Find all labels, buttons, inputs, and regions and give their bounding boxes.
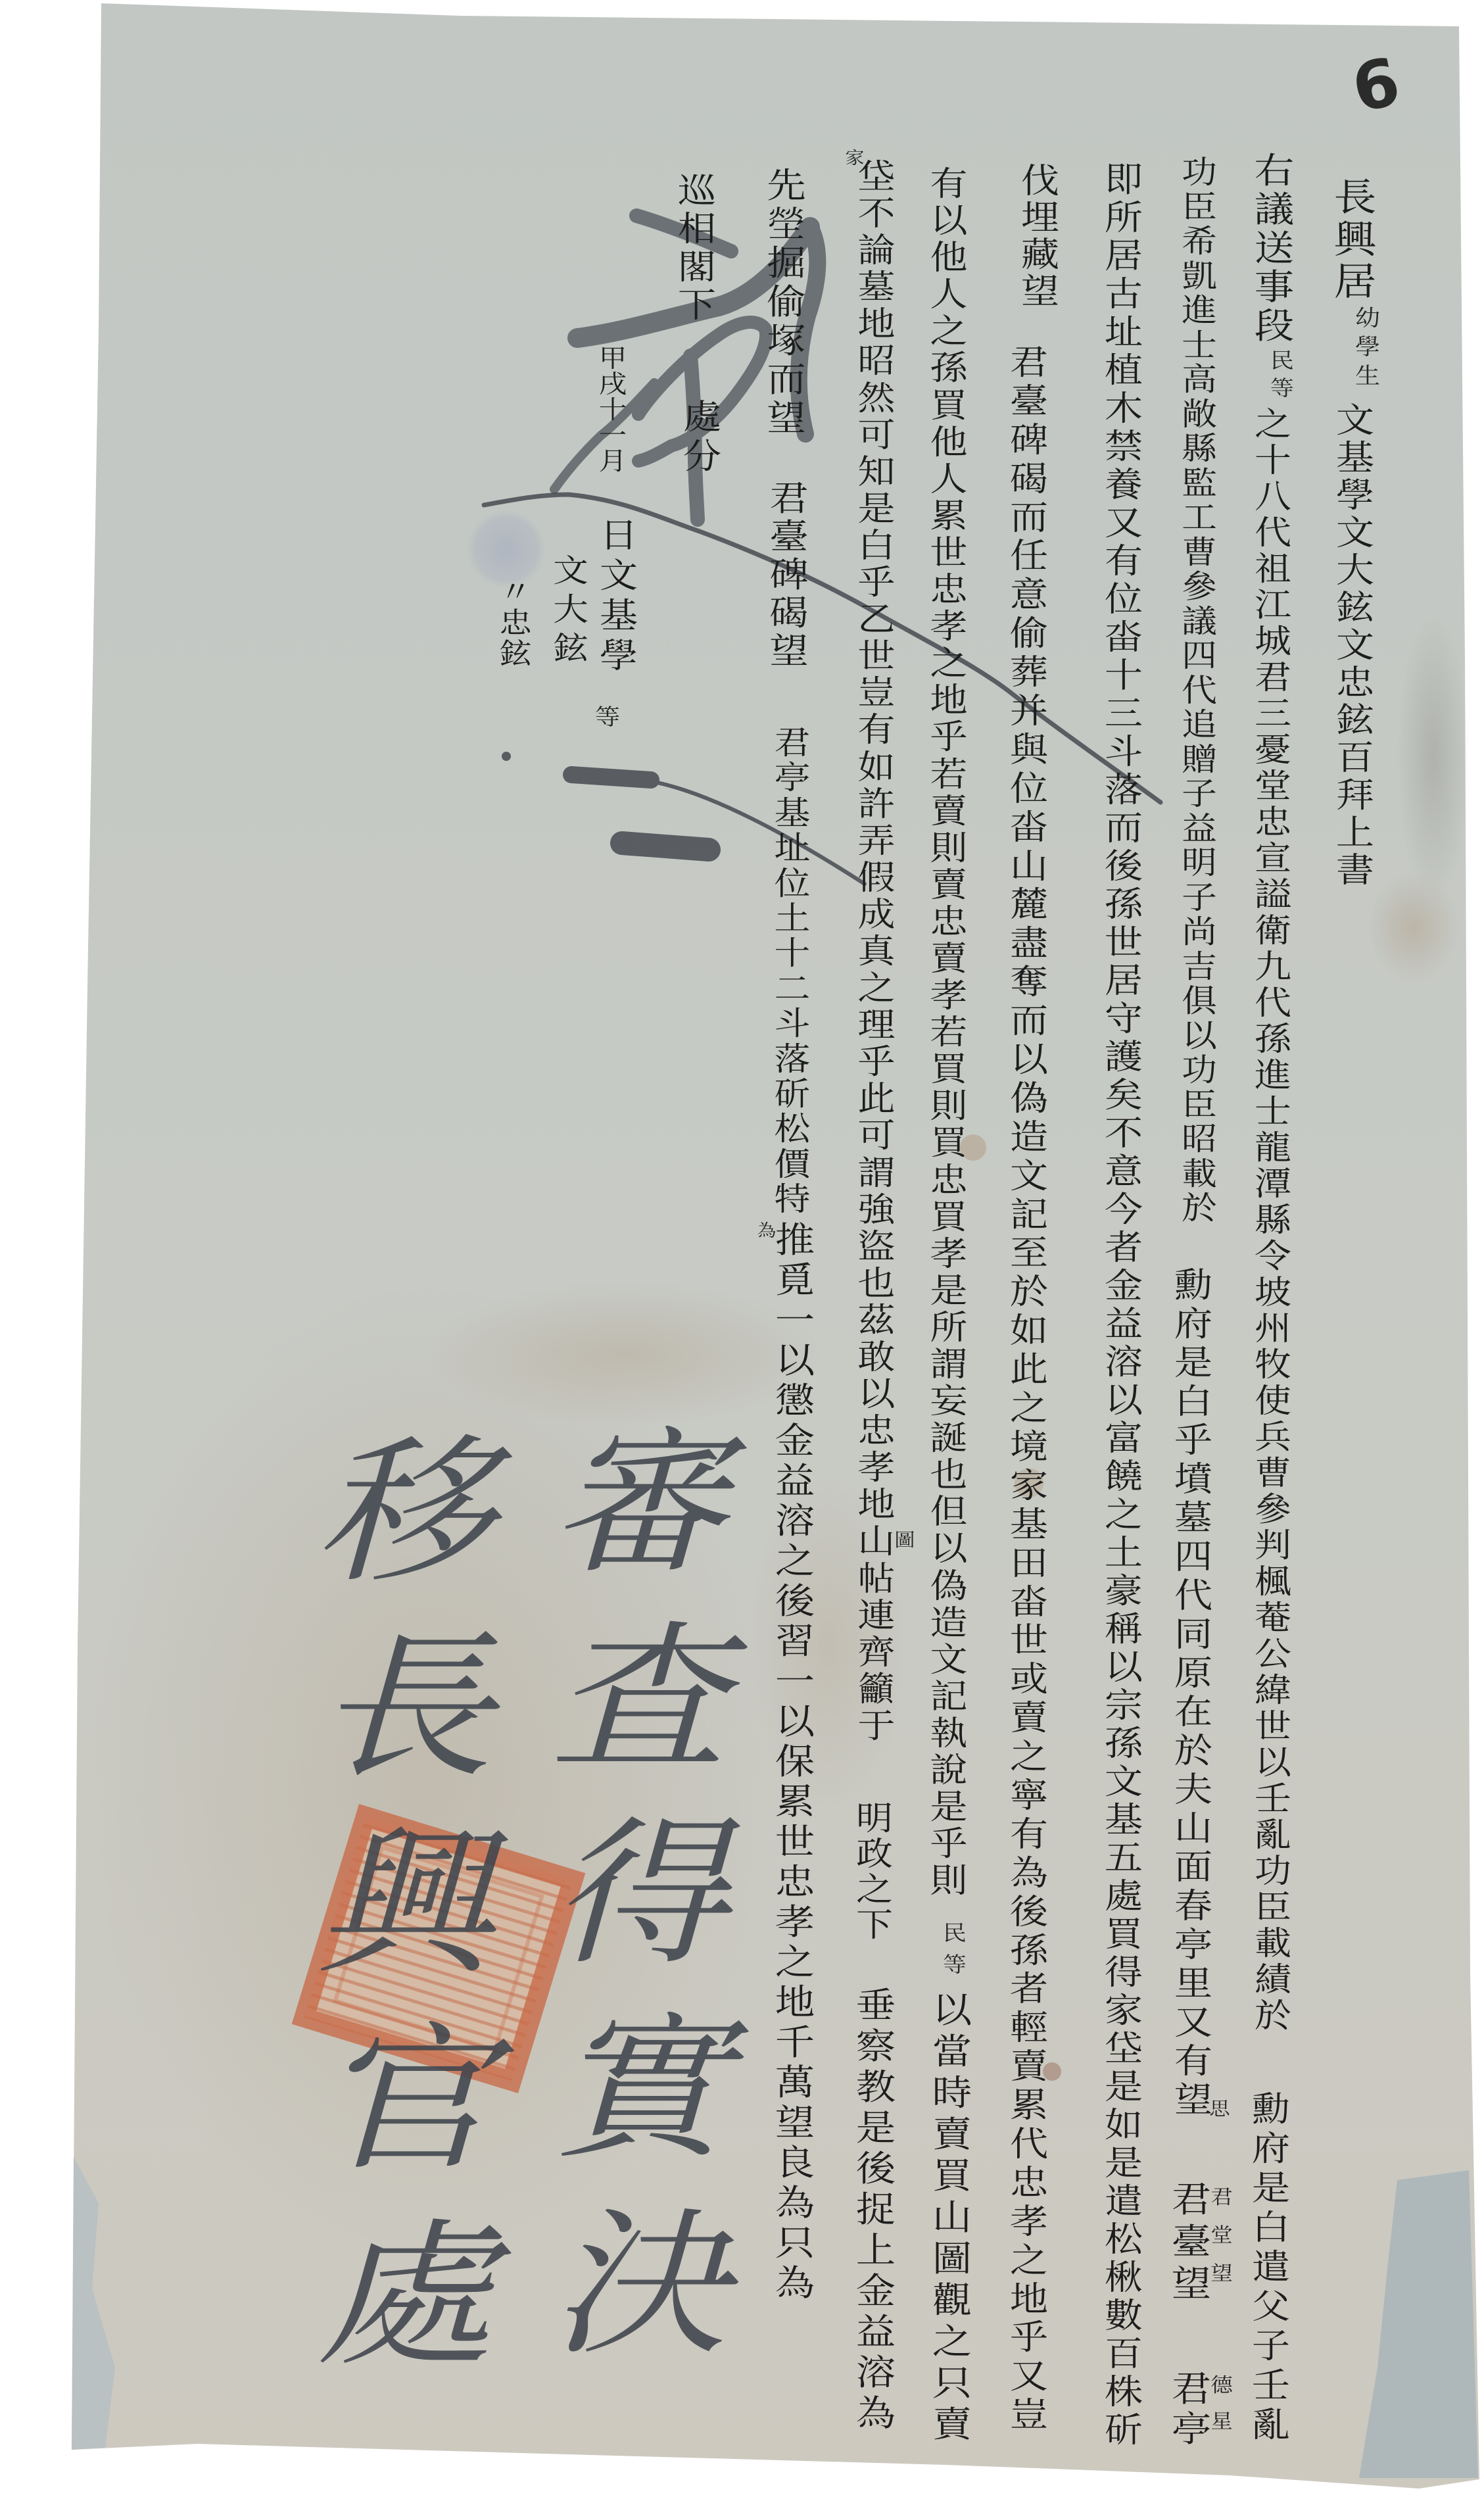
glyph: 等 (591, 702, 623, 733)
glyph: 得 (1099, 1954, 1149, 1992)
glyph: 文 (1004, 1157, 1054, 1196)
glyph: 松 (1099, 2221, 1149, 2259)
glyph: 之 (1004, 2242, 1054, 2281)
closing-signer-1: 日文基學 (596, 516, 641, 677)
glyph: 孝 (924, 609, 973, 646)
glyph: 孫 (1099, 1725, 1149, 1763)
glyph: 位 (1004, 770, 1054, 809)
glyph: 地 (769, 1982, 821, 2022)
glyph: 忠 (1004, 2164, 1054, 2203)
glyph: 夫 (1168, 1771, 1218, 1810)
glyph: 塚 (761, 322, 812, 360)
glyph: 址 (1099, 314, 1149, 352)
glyph: 溶 (1099, 1344, 1149, 1382)
glyph: 於 (1249, 1998, 1297, 2034)
glyph: 之 (924, 646, 973, 683)
glyph: 在 (1168, 1693, 1218, 1732)
glyph: 或 (1004, 1661, 1054, 1699)
glyph: 即 (1099, 161, 1149, 199)
glyph: 事 (1249, 268, 1300, 306)
glyph: 所 (1099, 199, 1149, 237)
glyph: 知 (852, 454, 901, 491)
glyph: 者 (1004, 1970, 1054, 2009)
glyph: 乎 (852, 1044, 901, 1081)
glyph: 實 (536, 1992, 742, 2187)
glyph: 監 (1176, 466, 1223, 501)
text-column-8-body: 先塋掘偷塚而望 (763, 166, 809, 438)
glyph: 如 (1004, 1312, 1054, 1351)
glyph: 處 (677, 398, 727, 437)
glyph: 士 (1249, 1094, 1297, 1130)
glyph: 以 (1099, 1382, 1149, 1420)
glyph: 山 (926, 2197, 978, 2238)
glyph: 謂 (924, 1347, 973, 1384)
closing-addressee: 巡相閣下 (675, 172, 719, 325)
glyph: 工 (1176, 500, 1223, 535)
glyph: 乎 (1004, 2319, 1054, 2358)
glyph: 畓 (1099, 619, 1149, 657)
official-decision-right-column: 審査得實決 (547, 1406, 731, 2383)
glyph: 豈 (1004, 2396, 1054, 2435)
glyph: 參 (1176, 570, 1223, 604)
glyph: 等 (939, 1949, 970, 1980)
glyph: 斗 (1099, 733, 1149, 771)
glyph: 墓 (852, 270, 901, 306)
glyph: 位 (1099, 581, 1149, 619)
glyph: 畓 (1004, 809, 1054, 848)
glyph: 壬 (1246, 2366, 1296, 2406)
glyph: 圖 (926, 2238, 978, 2279)
glyph: 臺 (1004, 383, 1054, 422)
glyph: 文 (594, 556, 644, 596)
glyph: 守 (1099, 1000, 1149, 1038)
text-column-2-body: 之十八代祖江城君三憂堂忠宣謚衛九代孫進士龍潭縣令坡州牧使兵曹參判楓菴公緯世以壬亂… (1251, 406, 1295, 2034)
glyph: 基 (1099, 1801, 1149, 1839)
glyph: 學 (594, 637, 644, 677)
glyph: 以 (1004, 1041, 1054, 1080)
glyph: 亂 (1246, 2406, 1296, 2445)
glyph: 二 (769, 971, 816, 1006)
glyph: 可 (852, 1118, 901, 1155)
glyph: 價 (769, 1147, 816, 1182)
glyph: 十 (769, 936, 816, 971)
glyph: 偽 (1004, 1080, 1054, 1119)
glyph: 孫 (1249, 1021, 1297, 1057)
glyph: 四 (1168, 1538, 1218, 1577)
glyph: 為 (1004, 1855, 1054, 1893)
glyph: 是 (1099, 2145, 1149, 2183)
glyph: 段 (1249, 306, 1300, 345)
glyph: 潭 (1249, 1166, 1297, 1202)
closing-signer-3: 〃忠鉉 (496, 577, 535, 669)
glyph: 望 (1208, 2255, 1236, 2293)
glyph: 下 (850, 1907, 899, 1943)
glyph: 子 (1176, 881, 1223, 915)
glyph: 又 (1168, 2004, 1218, 2043)
glyph: 也 (852, 1266, 901, 1303)
glyph: 德 (1208, 2368, 1236, 2404)
glyph: 有 (924, 166, 973, 203)
glyph: 父 (1246, 2287, 1296, 2327)
glyph: 土 (1099, 1534, 1149, 1572)
glyph: 是 (1099, 2068, 1149, 2106)
glyph: 買 (924, 388, 973, 425)
glyph: 則 (924, 831, 973, 867)
glyph: 記 (1004, 1196, 1054, 1235)
glyph: 累 (924, 498, 973, 535)
glyph: 是 (850, 2108, 901, 2149)
glyph: 上 (1330, 815, 1380, 852)
glyph: 十 (1249, 443, 1297, 479)
text-column-3-after-gap: 勳府是白乎墳墓四代同原在於夫山面春亭里又有望 (1171, 1267, 1216, 2120)
text-column-2-opening: 右議送事段 (1251, 151, 1297, 345)
glyph: 君 (1004, 344, 1054, 383)
glyph: 木 (1099, 390, 1149, 428)
glyph: 生 (1351, 362, 1383, 391)
glyph: 以 (769, 1701, 821, 1741)
glyph: 吉 (1176, 950, 1223, 984)
glyph: 齊 (852, 1635, 901, 1672)
glyph: 以 (1099, 1649, 1149, 1687)
glyph: 是 (924, 1789, 973, 1826)
glyph: 文 (1330, 402, 1380, 440)
glyph: 埋 (1015, 200, 1065, 237)
glyph: 世 (1249, 1709, 1297, 1745)
glyph: 強 (852, 1192, 901, 1229)
glyph: 十 (594, 397, 631, 423)
glyph: 世 (1099, 924, 1149, 962)
glyph: 若 (924, 1015, 973, 1052)
glyph: 饒 (1099, 1458, 1149, 1496)
glyph: 官 (301, 2002, 508, 2198)
glyph: 懲 (769, 1380, 821, 1421)
official-decision-left-column: 移長興官處 (312, 1414, 496, 2394)
text-column-1-place: 長興居 (1330, 176, 1380, 303)
glyph: 之 (1004, 1390, 1054, 1428)
glyph: 斫 (1099, 2412, 1149, 2450)
glyph: 世 (769, 1822, 821, 1862)
glyph: 連 (852, 1598, 901, 1635)
glyph: 文 (924, 1642, 973, 1679)
glyph: 益 (1176, 812, 1223, 846)
glyph: 以 (1176, 1019, 1223, 1054)
glyph: 代 (1176, 673, 1223, 708)
glyph: 任 (1004, 537, 1054, 576)
glyph: 壬 (1249, 1781, 1297, 1817)
text-column-3-note-2: 君堂望 (1209, 2179, 1234, 2293)
glyph: 地 (852, 306, 901, 343)
glyph: 偷 (1004, 615, 1054, 654)
glyph: 參 (1249, 1492, 1297, 1528)
glyph: 堂 (1249, 768, 1297, 804)
glyph: 兵 (1249, 1419, 1297, 1455)
glyph: 地 (1004, 2281, 1054, 2320)
text-column-1-status-note: 幼學生 (1353, 304, 1382, 391)
glyph: 孝 (1004, 2203, 1054, 2242)
glyph: 碣 (763, 595, 815, 633)
glyph: 百 (1099, 2335, 1149, 2373)
glyph: 益 (850, 2312, 901, 2352)
glyph: 之 (1249, 406, 1297, 443)
glyph: 績 (1249, 1962, 1297, 1998)
glyph: 望 (769, 2102, 821, 2143)
glyph: 孫 (924, 351, 973, 387)
glyph: 之 (924, 314, 973, 351)
glyph: 掘 (761, 244, 812, 283)
glyph: 只 (769, 2223, 821, 2263)
glyph: 落 (1099, 771, 1149, 810)
glyph: 之 (1099, 1496, 1149, 1534)
glyph: 縣 (1249, 1202, 1297, 1238)
glyph: 下 (672, 287, 722, 325)
glyph: 長 (1327, 176, 1383, 218)
glyph: 勳 (1246, 2090, 1296, 2129)
glyph: 賣 (926, 2114, 978, 2155)
glyph: 數 (1099, 2297, 1149, 2335)
glyph: 捉 (850, 2189, 901, 2230)
glyph: 盡 (1004, 925, 1054, 963)
glyph: 日 (594, 516, 644, 556)
glyph: 文 (548, 552, 593, 591)
glyph: 代 (1249, 985, 1297, 1021)
glyph: 君 (1208, 2179, 1236, 2217)
closing-signer-2: 文大鉉 (550, 552, 591, 668)
text-column-7-end: 垂察教是後捉上金益溶為 (853, 1985, 899, 2434)
glyph: 代 (1168, 1577, 1218, 1616)
stain (1397, 612, 1470, 901)
glyph: 則 (924, 1088, 973, 1125)
glyph: 他 (924, 425, 973, 462)
glyph: 保 (769, 1741, 821, 1782)
glyph: 基 (769, 796, 816, 831)
glyph: 家 (1004, 1467, 1054, 1506)
glyph: 府 (1246, 2129, 1296, 2169)
glyph: 鉉 (494, 639, 537, 669)
glyph: 忠 (1249, 804, 1297, 840)
glyph: 地 (924, 683, 973, 719)
glyph: 君 (769, 725, 816, 760)
glyph: 此 (1004, 1351, 1054, 1390)
glyph: 巡 (672, 172, 722, 210)
glyph: 四 (1176, 639, 1223, 673)
glyph: 教 (850, 2067, 901, 2108)
glyph: 思 (1207, 2098, 1233, 2120)
glyph: 後 (769, 1581, 821, 1621)
glyph: 九 (1249, 949, 1297, 985)
glyph: 豪 (1099, 1572, 1149, 1611)
glyph: 忠 (769, 1862, 821, 1902)
stain (427, 1282, 822, 1427)
glyph: 溶 (769, 1501, 821, 1541)
glyph: 右 (1249, 151, 1300, 190)
glyph: 鉉 (548, 629, 593, 668)
glyph: 衛 (1249, 913, 1297, 949)
glyph: 居 (1099, 962, 1149, 1000)
glyph: 閣 (672, 249, 722, 287)
glyph: 不 (852, 196, 901, 233)
glyph: 居 (1327, 260, 1383, 303)
glyph: 落 (769, 1042, 816, 1077)
glyph: 謚 (1249, 877, 1297, 913)
glyph: 文 (1330, 627, 1380, 665)
glyph: 輕 (1004, 2009, 1054, 2048)
glyph: 是 (924, 1273, 973, 1310)
glyph: 累 (769, 1782, 821, 1822)
glyph: 基 (1004, 1506, 1054, 1545)
glyph: 一 (594, 423, 631, 449)
glyph: 籲 (852, 1672, 901, 1709)
glyph: 白 (852, 528, 901, 565)
text-column-7-body: 垈不論墓地昭然可知是白乎乙世豈有如許弄假成真之理乎此可謂強盜也茲敢以忠孝地山帖連… (855, 159, 898, 1745)
glyph: 學 (1351, 333, 1383, 362)
glyph: 五 (1099, 1839, 1149, 1878)
glyph: 益 (769, 1461, 821, 1501)
glyph: 植 (1099, 352, 1149, 390)
glyph: 同 (1168, 1616, 1218, 1655)
glyph: 之 (926, 2321, 978, 2362)
glyph: 賣 (924, 941, 973, 978)
glyph: 買 (924, 1200, 973, 1236)
glyph: 亭 (1168, 1926, 1218, 1965)
glyph: 堂 (1208, 2217, 1236, 2255)
glyph: 追 (1176, 708, 1223, 742)
glyph: 賣 (924, 794, 973, 831)
glyph: 明 (1176, 846, 1223, 881)
glyph: 一 (769, 1300, 821, 1340)
glyph: 遣 (1099, 2183, 1149, 2221)
glyph: 金 (1099, 1267, 1149, 1305)
glyph: 并 (1004, 693, 1054, 731)
glyph: 溶 (850, 2352, 901, 2393)
glyph: 碑 (1004, 422, 1054, 460)
glyph: 而 (761, 360, 812, 399)
glyph: 乎 (924, 719, 973, 756)
glyph: 株 (1099, 2373, 1149, 2412)
glyph: 山 (1168, 1810, 1218, 1849)
glyph: 臣 (1176, 190, 1223, 225)
glyph: 不 (1099, 1115, 1149, 1153)
glyph: 基 (1330, 440, 1380, 477)
glyph: 于 (852, 1709, 901, 1745)
glyph: 相 (672, 210, 722, 249)
glyph: 判 (1249, 1528, 1297, 1564)
glyph: 忠 (852, 1413, 901, 1450)
glyph: 遣 (1246, 2248, 1296, 2287)
glyph: 世 (1004, 1622, 1054, 1661)
glyph: 而 (1004, 1002, 1054, 1041)
glyph: 偷 (761, 283, 812, 322)
glyph: 麓 (1004, 886, 1054, 925)
glyph: 以 (924, 203, 973, 240)
glyph: 金 (850, 2271, 901, 2312)
glyph: 宗 (1099, 1687, 1149, 1725)
glyph: 盜 (852, 1229, 901, 1266)
glyph: 境 (1004, 1428, 1054, 1467)
glyph: 觀 (926, 2279, 978, 2321)
glyph: 買 (1099, 1916, 1149, 1954)
glyph: 但 (924, 1494, 973, 1531)
glyph: 原 (1168, 1655, 1218, 1693)
glyph: 益 (1099, 1305, 1149, 1344)
glyph: 若 (924, 757, 973, 794)
glyph: 畓 (1004, 1584, 1054, 1622)
glyph: 白 (1246, 2208, 1296, 2248)
glyph: 此 (852, 1081, 901, 1118)
glyph: 山 (1004, 848, 1054, 887)
glyph: 面 (1168, 1849, 1218, 1887)
glyph: 高 (1176, 362, 1223, 397)
glyph: 曹 (1176, 535, 1223, 570)
glyph: 真 (852, 934, 901, 971)
glyph: 造 (924, 1605, 973, 1642)
glyph: 載 (1249, 1926, 1297, 1962)
glyph: 葬 (1004, 654, 1054, 693)
glyph: 論 (852, 233, 901, 270)
glyph: 等 (1266, 374, 1297, 402)
glyph: 處 (301, 2198, 508, 2394)
glyph: 代 (1249, 515, 1297, 551)
glyph: 功 (1176, 155, 1223, 190)
glyph: 江 (1249, 587, 1297, 623)
closing-date: 甲戌十一月 (596, 346, 629, 474)
text-column-2-note: 民等 (1268, 347, 1296, 402)
glyph: 而 (1099, 810, 1149, 848)
glyph: 者 (1099, 1229, 1149, 1267)
glyph: 居 (1099, 237, 1149, 276)
glyph: 大 (1330, 552, 1380, 590)
glyph: 祖 (1249, 551, 1297, 587)
glyph: 鉉 (1330, 590, 1380, 627)
glyph: 坡 (1249, 1275, 1297, 1311)
text-column-8-end: 推覓一以懲金益溶之後習一以保累世忠孝之地千萬望良為只為 (772, 1220, 818, 2303)
glyph: 望 (1015, 274, 1065, 310)
glyph: 是 (1246, 2169, 1296, 2208)
glyph: 買 (924, 1052, 973, 1088)
glyph: 孫 (1099, 886, 1149, 924)
glyph: 之 (852, 971, 901, 1008)
glyph: 贈 (1176, 742, 1223, 777)
text-column-3-note-3: 德星 (1209, 2368, 1234, 2440)
glyph: 尚 (1176, 915, 1223, 950)
glyph: 送 (1249, 229, 1300, 268)
glyph: 於 (1176, 1191, 1223, 1226)
glyph: 賣 (924, 867, 973, 904)
glyph: 奪 (1004, 963, 1054, 1002)
glyph: 後 (1004, 1893, 1054, 1932)
glyph: 牧 (1249, 1347, 1297, 1383)
text-column-3-body: 功臣希凱進士高敞縣監工曹參議四代追贈子益明子尚吉俱以功臣昭載於 (1178, 155, 1220, 1226)
glyph: 以 (1249, 1745, 1297, 1781)
glyph: 孝 (852, 1450, 901, 1487)
glyph: 偽 (924, 1568, 973, 1605)
glyph: 位 (769, 866, 816, 901)
glyph: 碣 (1004, 460, 1054, 499)
glyph: 士 (1176, 328, 1223, 363)
glyph: 楸 (1099, 2259, 1149, 2297)
glyph: 造 (1004, 1119, 1054, 1157)
glyph: 龍 (1249, 1130, 1297, 1166)
text-column-6-end: 以當時賣買山圖觀之只賣 (929, 1989, 975, 2445)
glyph: 幼 (1351, 304, 1383, 333)
glyph: 為 (850, 2393, 901, 2434)
glyph: 忠 (494, 608, 537, 639)
glyph: 府 (1168, 1305, 1218, 1344)
glyph: 之 (1004, 1738, 1054, 1777)
text-column-7-honorific: 明政之下 (853, 1801, 896, 1943)
glyph: 孝 (924, 1236, 973, 1273)
glyph: 昭 (1176, 1122, 1223, 1157)
glyph: 然 (852, 381, 901, 418)
